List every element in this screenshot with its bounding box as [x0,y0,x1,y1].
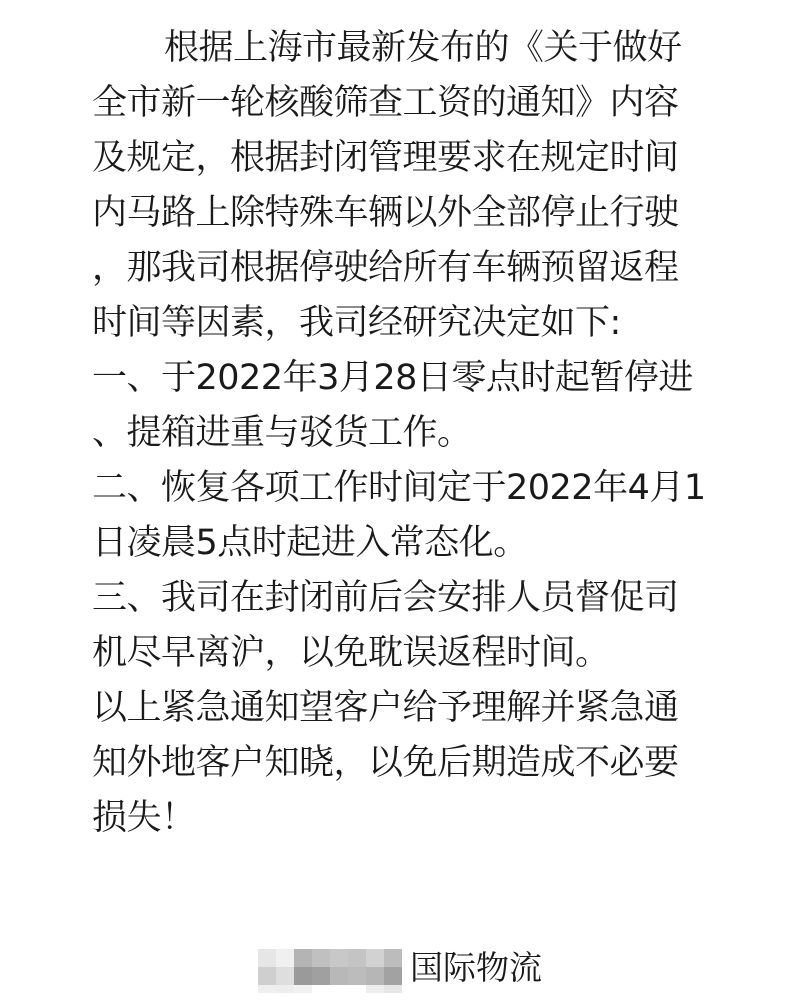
notice-item-3-line-1: 三、我司在封闭前后会安排人员督促司 [92,571,792,626]
notice-line-6: 时间等因素，我司经研究决定如下: [92,296,792,351]
signature: 国际物流 [258,940,542,996]
notice-item-3-line-2: 机尽早离沪，以免耽误返程时间。 [92,626,792,681]
redacted-company-name [258,945,408,991]
notice-item-2-line-2: 日凌晨5点时起进入常态化。 [92,516,792,571]
notice-line-1: 根据上海市最新发布的《关于做好 [92,21,792,76]
notice-closing-line-2: 知外地客户知晓，以免后期造成不必要 [92,736,792,791]
notice-item-2-line-1: 二、恢复各项工作时间定于2022年4月1 [92,461,792,516]
notice-line-5: ，那我司根据停驶给所有车辆预留返程 [92,241,792,296]
notice-closing-line-3: 损失！ [92,791,792,846]
notice-line-4: 内马路上除特殊车辆以外全部停止行驶 [92,186,792,241]
notice-item-1-line-2: 、提箱进重与驳货工作。 [92,406,792,461]
notice-line-3: 及规定，根据封闭管理要求在规定时间 [92,131,792,186]
notice-closing-line-1: 以上紧急通知望客户给予理解并紧急通 [92,681,792,736]
company-suffix: 国际物流 [410,940,542,996]
notice-body: 根据上海市最新发布的《关于做好 全市新一轮核酸筛查工资的通知》内容 及规定，根据… [92,21,792,846]
notice-line-2: 全市新一轮核酸筛查工资的通知》内容 [92,76,792,131]
notice-item-1-line-1: 一、于2022年3月28日零点时起暂停进 [92,351,792,406]
